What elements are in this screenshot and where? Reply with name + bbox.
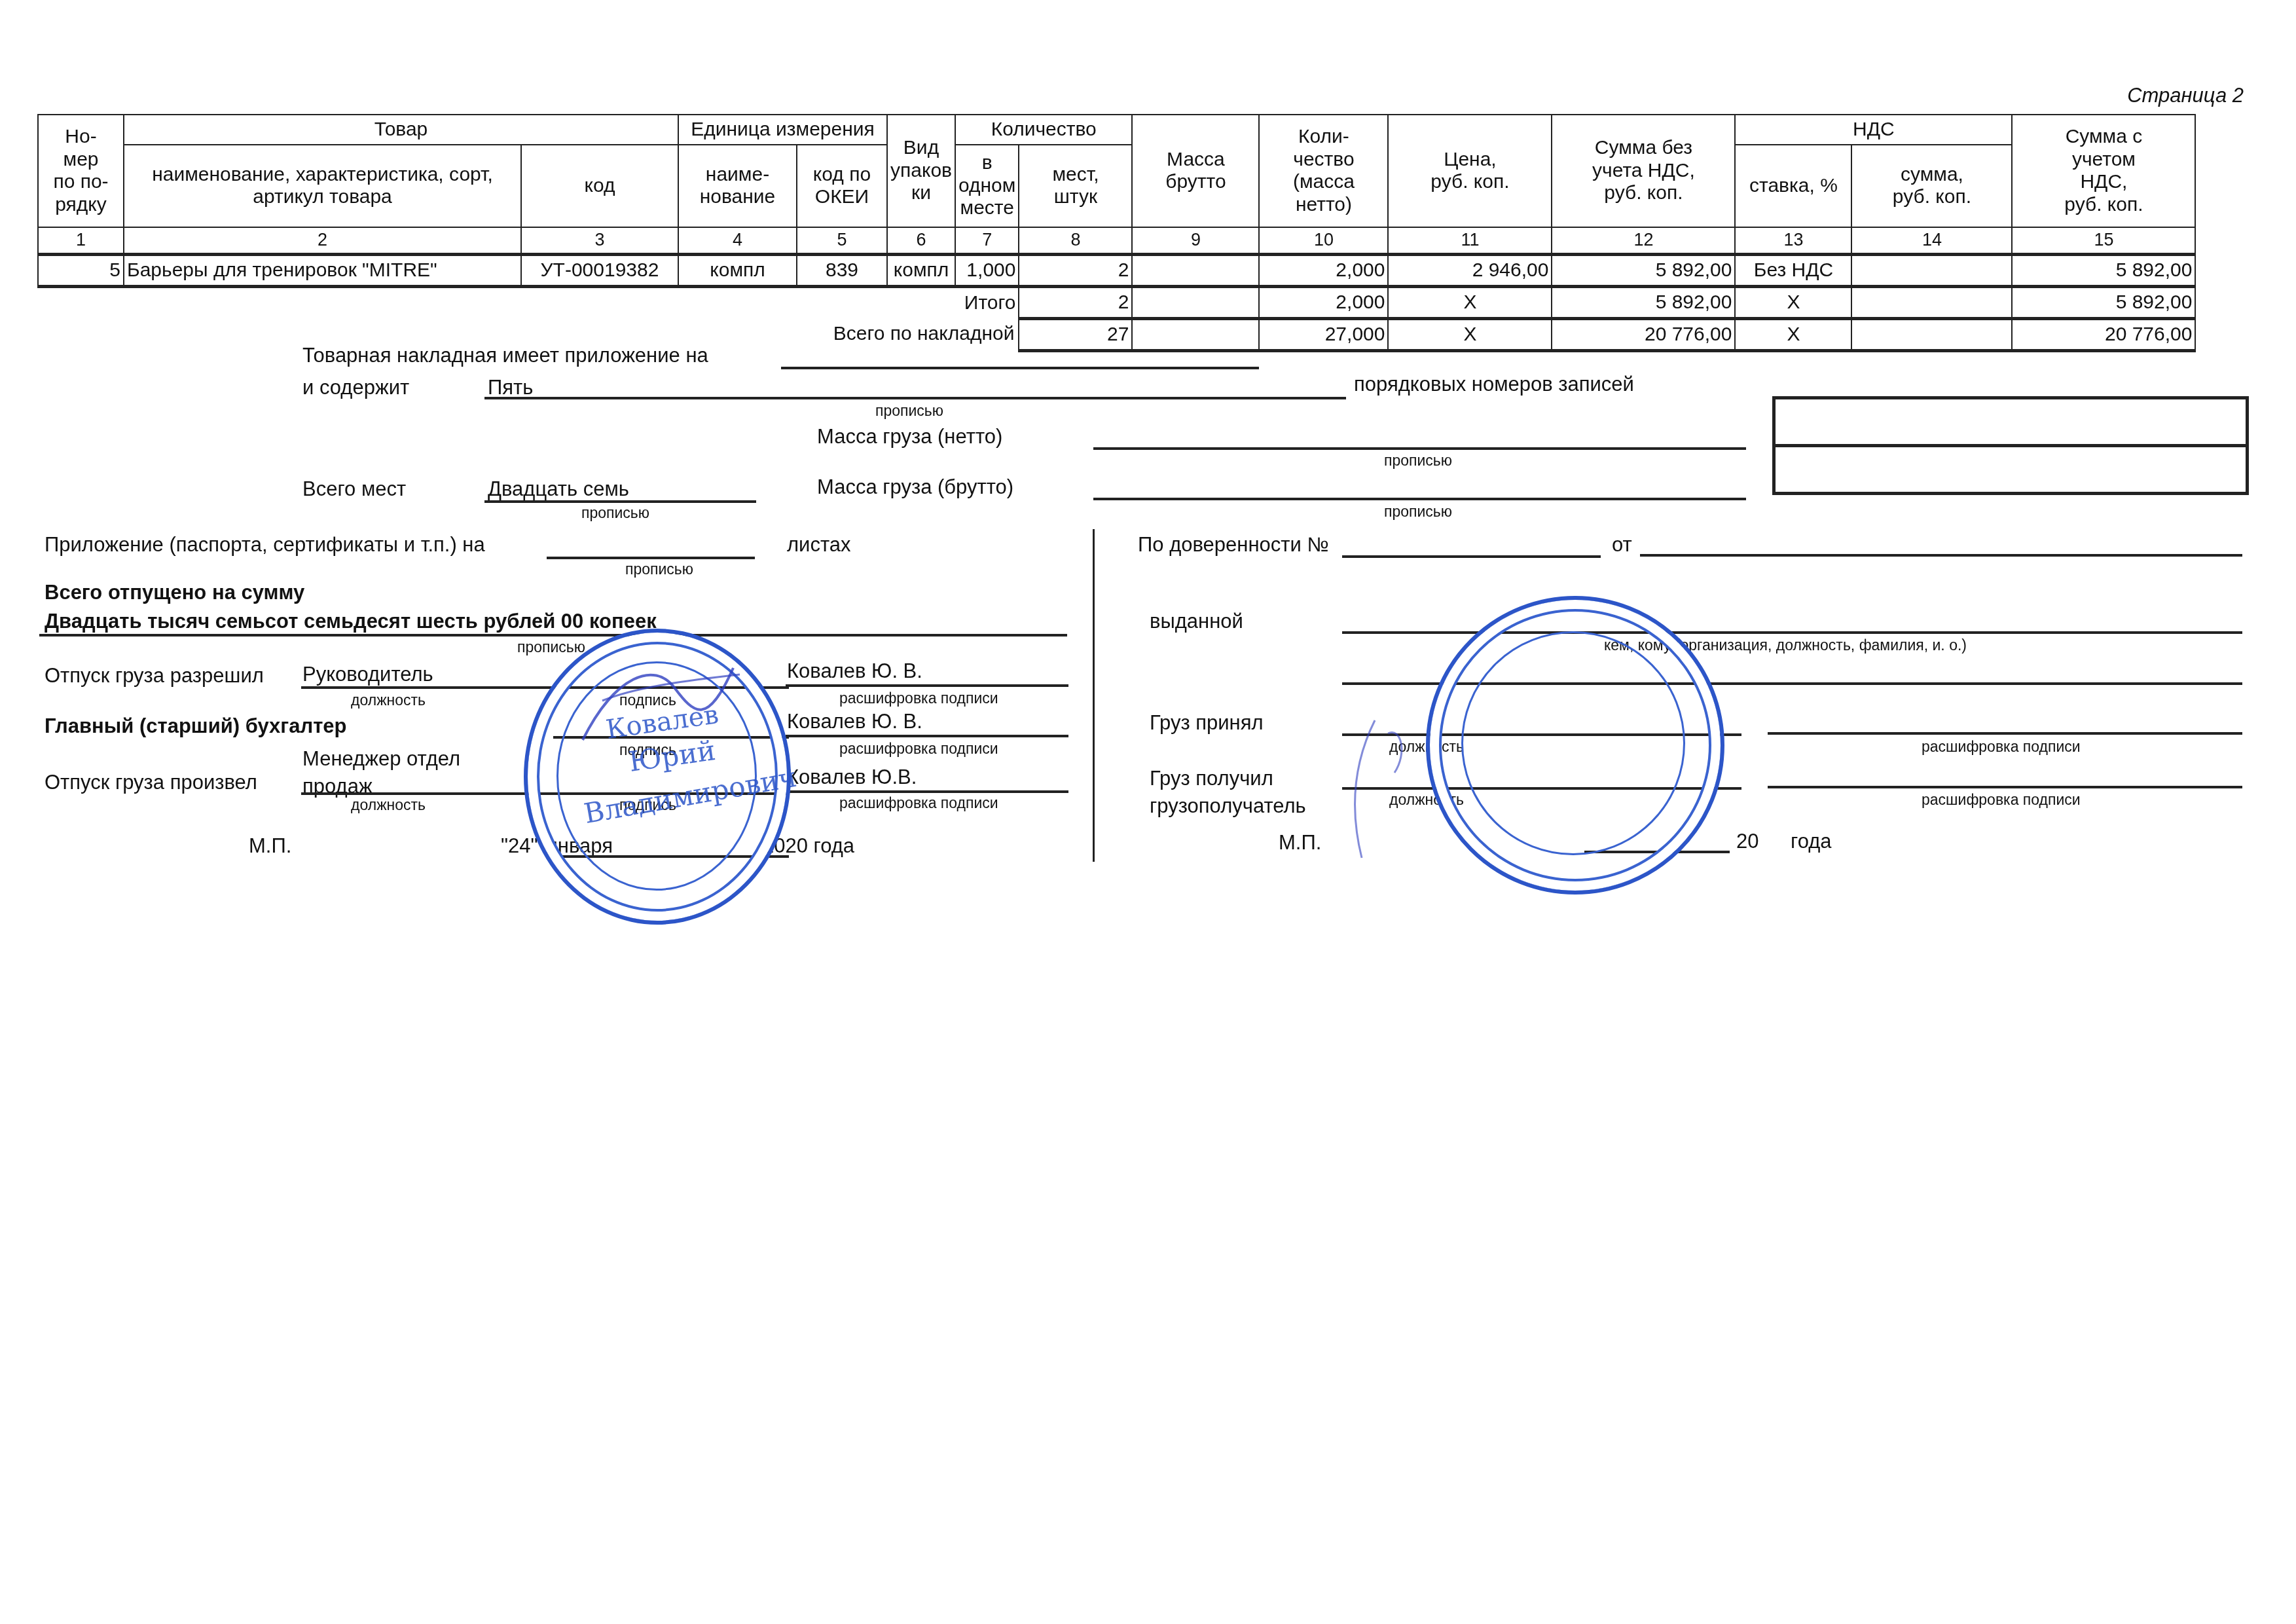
attachment-line	[781, 367, 1259, 369]
column-number: 6	[887, 227, 955, 255]
allowed-name: Ковалев Ю. В.	[787, 660, 922, 682]
subtotal-gross	[1132, 287, 1259, 319]
column-number: 15	[2012, 227, 2195, 255]
column-number: 3	[521, 227, 678, 255]
sender-date-day: "24"	[501, 835, 538, 857]
hdr-unit-okei: код по ОКЕИ	[797, 145, 887, 227]
cell-vat-sum	[1851, 255, 2012, 287]
gross-mass-line	[1093, 498, 1746, 500]
hdr-goods-name: наименование, характеристика, сорт, арти…	[124, 145, 521, 227]
column-number: 12	[1552, 227, 1735, 255]
records-label: порядковых номеров записей	[1354, 373, 1634, 396]
total-price: X	[1388, 319, 1552, 351]
places-line	[484, 500, 756, 503]
cell-name: Барьеры для тренировок "MITRE"	[124, 255, 521, 287]
invoice-table: Но- мер по по- рядку Товар Единица измер…	[37, 114, 2196, 352]
contains-line	[484, 397, 1346, 399]
accepted-caption-decode: расшифровка подписи	[1922, 738, 2081, 756]
table-row: 5 Барьеры для тренировок "MITRE" УТ-0001…	[38, 255, 2195, 287]
hdr-price: Цена, руб. коп.	[1388, 115, 1552, 227]
mass-box-gross	[1772, 444, 2249, 495]
total-sum-with-vat: 20 776,00	[2012, 319, 2195, 351]
column-number: 2	[124, 227, 521, 255]
cell-qty-per-place: 1,000	[955, 255, 1019, 287]
accepted-decode-line	[1768, 732, 2242, 735]
cell-price: 2 946,00	[1388, 255, 1552, 287]
total-released-label: Всего отпущено на сумму	[45, 581, 304, 604]
proxy-number-line	[1342, 555, 1601, 558]
received-decode-line	[1768, 786, 2242, 788]
column-number: 11	[1388, 227, 1552, 255]
accountant-decode-line	[786, 735, 1068, 737]
cell-gross	[1132, 255, 1259, 287]
net-mass-line	[1093, 447, 1746, 450]
net-mass-caption: прописью	[1384, 452, 1452, 470]
subtotal-vat-sum	[1851, 287, 2012, 319]
places-label: Всего мест	[302, 478, 406, 500]
total-vat-sum	[1851, 319, 2012, 351]
subtotal-net: 2,000	[1259, 287, 1388, 319]
cell-pack-type: компл	[887, 255, 955, 287]
sender-signature	[576, 648, 746, 766]
hdr-gross: Масса брутто	[1132, 115, 1259, 227]
hdr-net: Коли- чество (масса нетто)	[1259, 115, 1388, 227]
gross-mass-label: Масса груза (брутто)	[817, 476, 1013, 498]
allowed-decode-line	[786, 684, 1068, 687]
issued-label: выданной	[1150, 610, 1243, 633]
contains-label: и содержит	[302, 377, 409, 399]
hdr-goods-code: код	[521, 145, 678, 227]
total-released-line	[39, 634, 1067, 637]
total-vat-rate: X	[1735, 319, 1851, 351]
allowed-caption-decode: расшифровка подписи	[839, 690, 998, 707]
column-numbers-row: 123456789101112131415	[38, 227, 2195, 255]
hdr-num: Но- мер по по- рядку	[38, 115, 124, 227]
hdr-sum-with-vat: Сумма с учетом НДС, руб. коп.	[2012, 115, 2195, 227]
net-mass-label: Масса груза (нетто)	[817, 426, 1002, 448]
hdr-qty-places: мест, штук	[1019, 145, 1132, 227]
column-number: 10	[1259, 227, 1388, 255]
grand-total-label: Всего по накладной	[833, 323, 1015, 346]
hdr-qty: Количество	[955, 115, 1132, 145]
subtotal-sum-with-vat: 5 892,00	[2012, 287, 2195, 319]
page-number: Страница 2	[2127, 84, 2244, 107]
hdr-goods: Товар	[124, 115, 678, 145]
column-number: 5	[797, 227, 887, 255]
column-number: 14	[1851, 227, 2012, 255]
column-number: 8	[1019, 227, 1132, 255]
docs-line	[547, 557, 755, 559]
subtotal-vat-rate: X	[1735, 287, 1851, 319]
performed-caption-decode: расшифровка подписи	[839, 794, 998, 812]
performed-decode-line	[786, 790, 1068, 793]
cell-places: 2	[1019, 255, 1132, 287]
docs-suffix: листах	[787, 534, 851, 556]
hdr-qty-per-place: в одном месте	[955, 145, 1019, 227]
total-sum-no-vat: 20 776,00	[1552, 319, 1735, 351]
subtotal-row: Итого 2 2,000 X 5 892,00 X 5 892,00	[38, 287, 2195, 319]
cell-net: 2,000	[1259, 255, 1388, 287]
hdr-vat: НДС	[1735, 115, 2012, 145]
performed-name: Ковалев Ю.В.	[787, 766, 917, 788]
allowed-position: Руководитель	[302, 663, 433, 686]
column-number: 4	[678, 227, 797, 255]
performed-label: Отпуск груза произвел	[45, 771, 257, 794]
column-number: 9	[1132, 227, 1259, 255]
allowed-caption-position: должность	[351, 692, 426, 709]
total-net: 27,000	[1259, 319, 1388, 351]
column-number: 7	[955, 227, 1019, 255]
accepted-label: Груз принял	[1150, 712, 1264, 734]
accountant-name: Ковалев Ю. В.	[787, 710, 922, 733]
cell-num: 5	[38, 255, 124, 287]
hdr-unit: Единица измерения	[678, 115, 887, 145]
places-value: Двадцать семь	[488, 478, 629, 500]
proxy-label: По доверенности №	[1138, 534, 1329, 556]
accountant-caption-decode: расшифровка подписи	[839, 740, 998, 758]
hdr-pack-type: Вид упаков ки	[887, 115, 955, 227]
performed-caption-position: должность	[351, 796, 426, 814]
section-divider	[1093, 529, 1095, 862]
sender-stamp-label: М.П.	[249, 835, 291, 857]
cell-okei: 839	[797, 255, 887, 287]
accountant-label: Главный (старший) бухгалтер	[45, 715, 347, 737]
column-number: 13	[1735, 227, 1851, 255]
cell-sum-no-vat: 5 892,00	[1552, 255, 1735, 287]
hdr-vat-rate: ставка, %	[1735, 145, 1851, 227]
docs-label: Приложение (паспорта, сертификаты и т.п.…	[45, 534, 485, 556]
cell-vat-rate: Без НДС	[1735, 255, 1851, 287]
docs-caption: прописью	[625, 561, 693, 578]
subtotal-sum-no-vat: 5 892,00	[1552, 287, 1735, 319]
receiver-date-year: 20	[1736, 830, 1758, 853]
receiver-signature	[1342, 707, 1421, 871]
hdr-sum-no-vat: Сумма без учета НДС, руб. коп.	[1552, 115, 1735, 227]
contains-caption: прописью	[875, 402, 943, 420]
total-released-value: Двадцать тысяч семьсот семьдесят шесть р…	[45, 610, 657, 633]
hdr-vat-sum: сумма, руб. коп.	[1851, 145, 2012, 227]
allowed-label: Отпуск груза разрешил	[45, 665, 264, 687]
total-gross	[1132, 319, 1259, 351]
attachment-label: Товарная накладная имеет приложение на	[302, 344, 708, 367]
subtotal-price: X	[1388, 287, 1552, 319]
column-number: 1	[38, 227, 124, 255]
receiver-stamp-label: М.П.	[1279, 832, 1321, 854]
received-label: Груз получил грузополучатель	[1150, 765, 1306, 820]
cell-sum-with-vat: 5 892,00	[2012, 255, 2195, 287]
received-caption-decode: расшифровка подписи	[1922, 791, 2081, 809]
gross-mass-caption: прописью	[1384, 503, 1452, 521]
receiver-stamp	[1426, 596, 1724, 895]
total-places: 27	[1019, 319, 1132, 351]
subtotal-places: 2	[1019, 287, 1132, 319]
subtotal-label: Итого	[955, 287, 1019, 319]
total-released-caption: прописью	[517, 638, 585, 656]
contains-value: Пять	[488, 377, 533, 399]
mass-box-net	[1772, 396, 2249, 447]
cell-code: УТ-00019382	[521, 255, 678, 287]
hdr-unit-name: наиме- нование	[678, 145, 797, 227]
places-caption: прописью	[581, 504, 649, 522]
receiver-date-suffix: года	[1791, 830, 1832, 853]
proxy-from-label: от	[1612, 534, 1632, 556]
proxy-date-line	[1640, 554, 2242, 557]
cell-unit-name: компл	[678, 255, 797, 287]
